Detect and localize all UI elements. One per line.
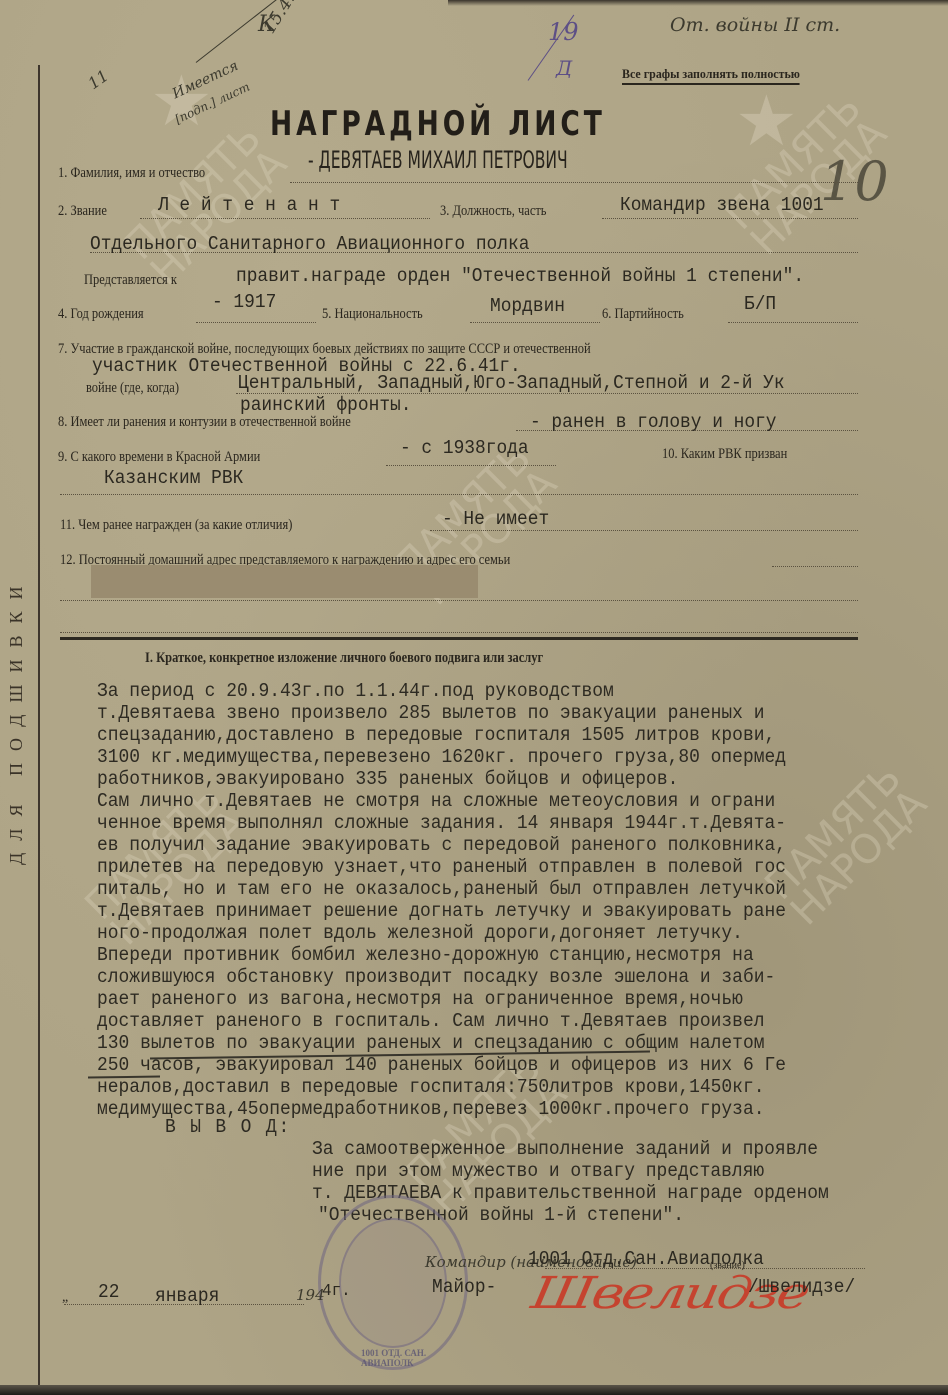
commander-name: /Швелидзе/ (748, 1276, 855, 1298)
field-10-line (60, 494, 858, 495)
field-6-line (728, 322, 858, 323)
date-day: 22 (98, 1281, 119, 1303)
field-4-label: 4. Год рождения (58, 306, 144, 323)
field-9-value: - с 1938года (400, 437, 529, 459)
stamp-text: 1001 ОТД. САН. АВИАПОЛК (361, 1348, 465, 1368)
field-11-value: - Не имеет (442, 508, 549, 530)
field-6-value: Б/П (744, 293, 776, 315)
archive-number-bottom: Д (556, 56, 572, 80)
narrative-line: т.Девятаева звено произвело 285 вылетов … (97, 702, 764, 724)
narrative-line: работников,эвакуировано 335 раненых бойц… (97, 768, 678, 790)
narrative-line: прилетев на передовую узнает,что раненый… (97, 856, 786, 878)
field-5-line (470, 322, 600, 323)
archive-number-top: 19 (548, 18, 579, 46)
narrative-line: 3100 кг.медимущества,перевезено 1620кг. … (97, 746, 786, 768)
field-12-line-3 (60, 632, 858, 633)
section-1-title: I. Краткое, конкретное изложение личного… (145, 650, 543, 667)
conclusion-heading: В Ы В О Д: (165, 1116, 291, 1138)
handwritten-award-note: От. войны II ст. (670, 14, 840, 36)
field-12-line-2 (60, 600, 858, 601)
narrative-line: 250 часов, эвакуировал 140 раненых бойцо… (97, 1054, 786, 1076)
field-4-line (196, 322, 316, 323)
narrative-line: Сам лично т.Девятаев не смотря на сложны… (97, 790, 775, 812)
field-2-label: 2. Звание (58, 203, 107, 220)
conclusion-line: ние при этом мужество и отвагу представл… (312, 1160, 764, 1182)
field-11-label: 11. Чем ранее награжден (за какие отличи… (60, 517, 292, 534)
presented-value: правит.награде орден "Отечественной войн… (236, 265, 804, 287)
narrative-line: т.Девятаев принимает решение догнать лет… (97, 900, 786, 922)
fill-all-fields-notice: Все графы заполнять полностью (622, 66, 800, 85)
field-4-value: - 1917 (212, 291, 276, 313)
narrative-line: нералов,доставил в передовые госпиталя:7… (97, 1076, 764, 1098)
date-year-suffix: 4г. (322, 1282, 351, 1301)
section-divider (60, 637, 858, 640)
narrative-line: ев получил задание эвакуировать с передо… (97, 834, 786, 856)
field-3-line (602, 218, 858, 219)
date-month: января (155, 1285, 219, 1307)
field-2-value: Л е й т е н а н т (158, 194, 340, 216)
field-5-value: Мордвин (490, 295, 565, 317)
field-7-value-3: раинский фронты. (240, 394, 411, 416)
document-title: НАГРАДНОЙ ЛИСТ (270, 104, 606, 144)
binding-margin-label: ДЛЯ ПОДШИВКИ (6, 530, 42, 910)
field-11-line (430, 530, 858, 531)
field-7-label-2: войне (где, когда) (86, 380, 179, 397)
narrative-line: ного-продолжая полет вдоль железной доро… (97, 922, 743, 944)
field-2-line (140, 218, 430, 219)
field-10-value: Казанским РВК (104, 467, 243, 489)
narrative-line: сложившуюся обстановку производит посадк… (97, 966, 775, 988)
field-8-label: 8. Имеет ли ранения и контузии в отечест… (58, 414, 351, 431)
field-1-label: 1. Фамилия, имя и отчество (58, 165, 205, 182)
field-12-line (772, 566, 858, 567)
field-3-line-2 (90, 252, 858, 253)
field-10-label: 10. Каким РВК призван (662, 446, 787, 463)
narrative-line: За период с 20.9.43г.по 1.1.44г.под руко… (97, 680, 614, 702)
page-edge-shadow (448, 0, 948, 6)
field-6-label: 6. Партийность (602, 306, 684, 323)
field-3-value: Командир звена 1001 (620, 194, 824, 216)
page-edge-shadow (0, 1385, 948, 1395)
state-emblem-icon (339, 1218, 447, 1348)
field-1-line (290, 182, 858, 183)
narrative-line: ченное время выполнял сложные задания. 1… (97, 812, 786, 834)
redacted-address (91, 565, 478, 598)
narrative-line: Впереди противник бомбил железно-дорожну… (97, 944, 754, 966)
field-9-label: 9. С какого времени в Красной Армии (58, 449, 260, 466)
field-8-value: - ранен в голову и ногу (530, 411, 777, 433)
field-7-value-2: Центральный, Западный,Юго-Западный,Степн… (238, 372, 785, 394)
narrative-line: питаль, но и там его не оказалось,ранены… (97, 878, 786, 900)
commander-rank: Майор- (432, 1276, 496, 1298)
narrative-line: доставляет раненого в госпиталь. Сам лич… (97, 1010, 764, 1032)
narrative-line: спецзаданию,доставлено в передовые госпи… (97, 724, 775, 746)
narrative-line: 130 вылетов по эвакуации раненых и спецз… (97, 1032, 764, 1054)
field-3-label: 3. Должность, часть (440, 203, 546, 220)
field-5-label: 5. Национальность (322, 306, 423, 323)
presented-label: Представляется к (84, 272, 177, 289)
conclusion-line: За самоотверженное выполнение заданий и … (312, 1138, 818, 1160)
date-year-prefix: 194 (296, 1286, 325, 1304)
field-9-line (386, 465, 556, 466)
narrative-line: рает раненого из вагона,несмотря на огра… (97, 988, 743, 1010)
field-1-value: - ДЕВЯТАЕВ МИХАИЛ ПЕТРОВИЧ (308, 146, 568, 174)
